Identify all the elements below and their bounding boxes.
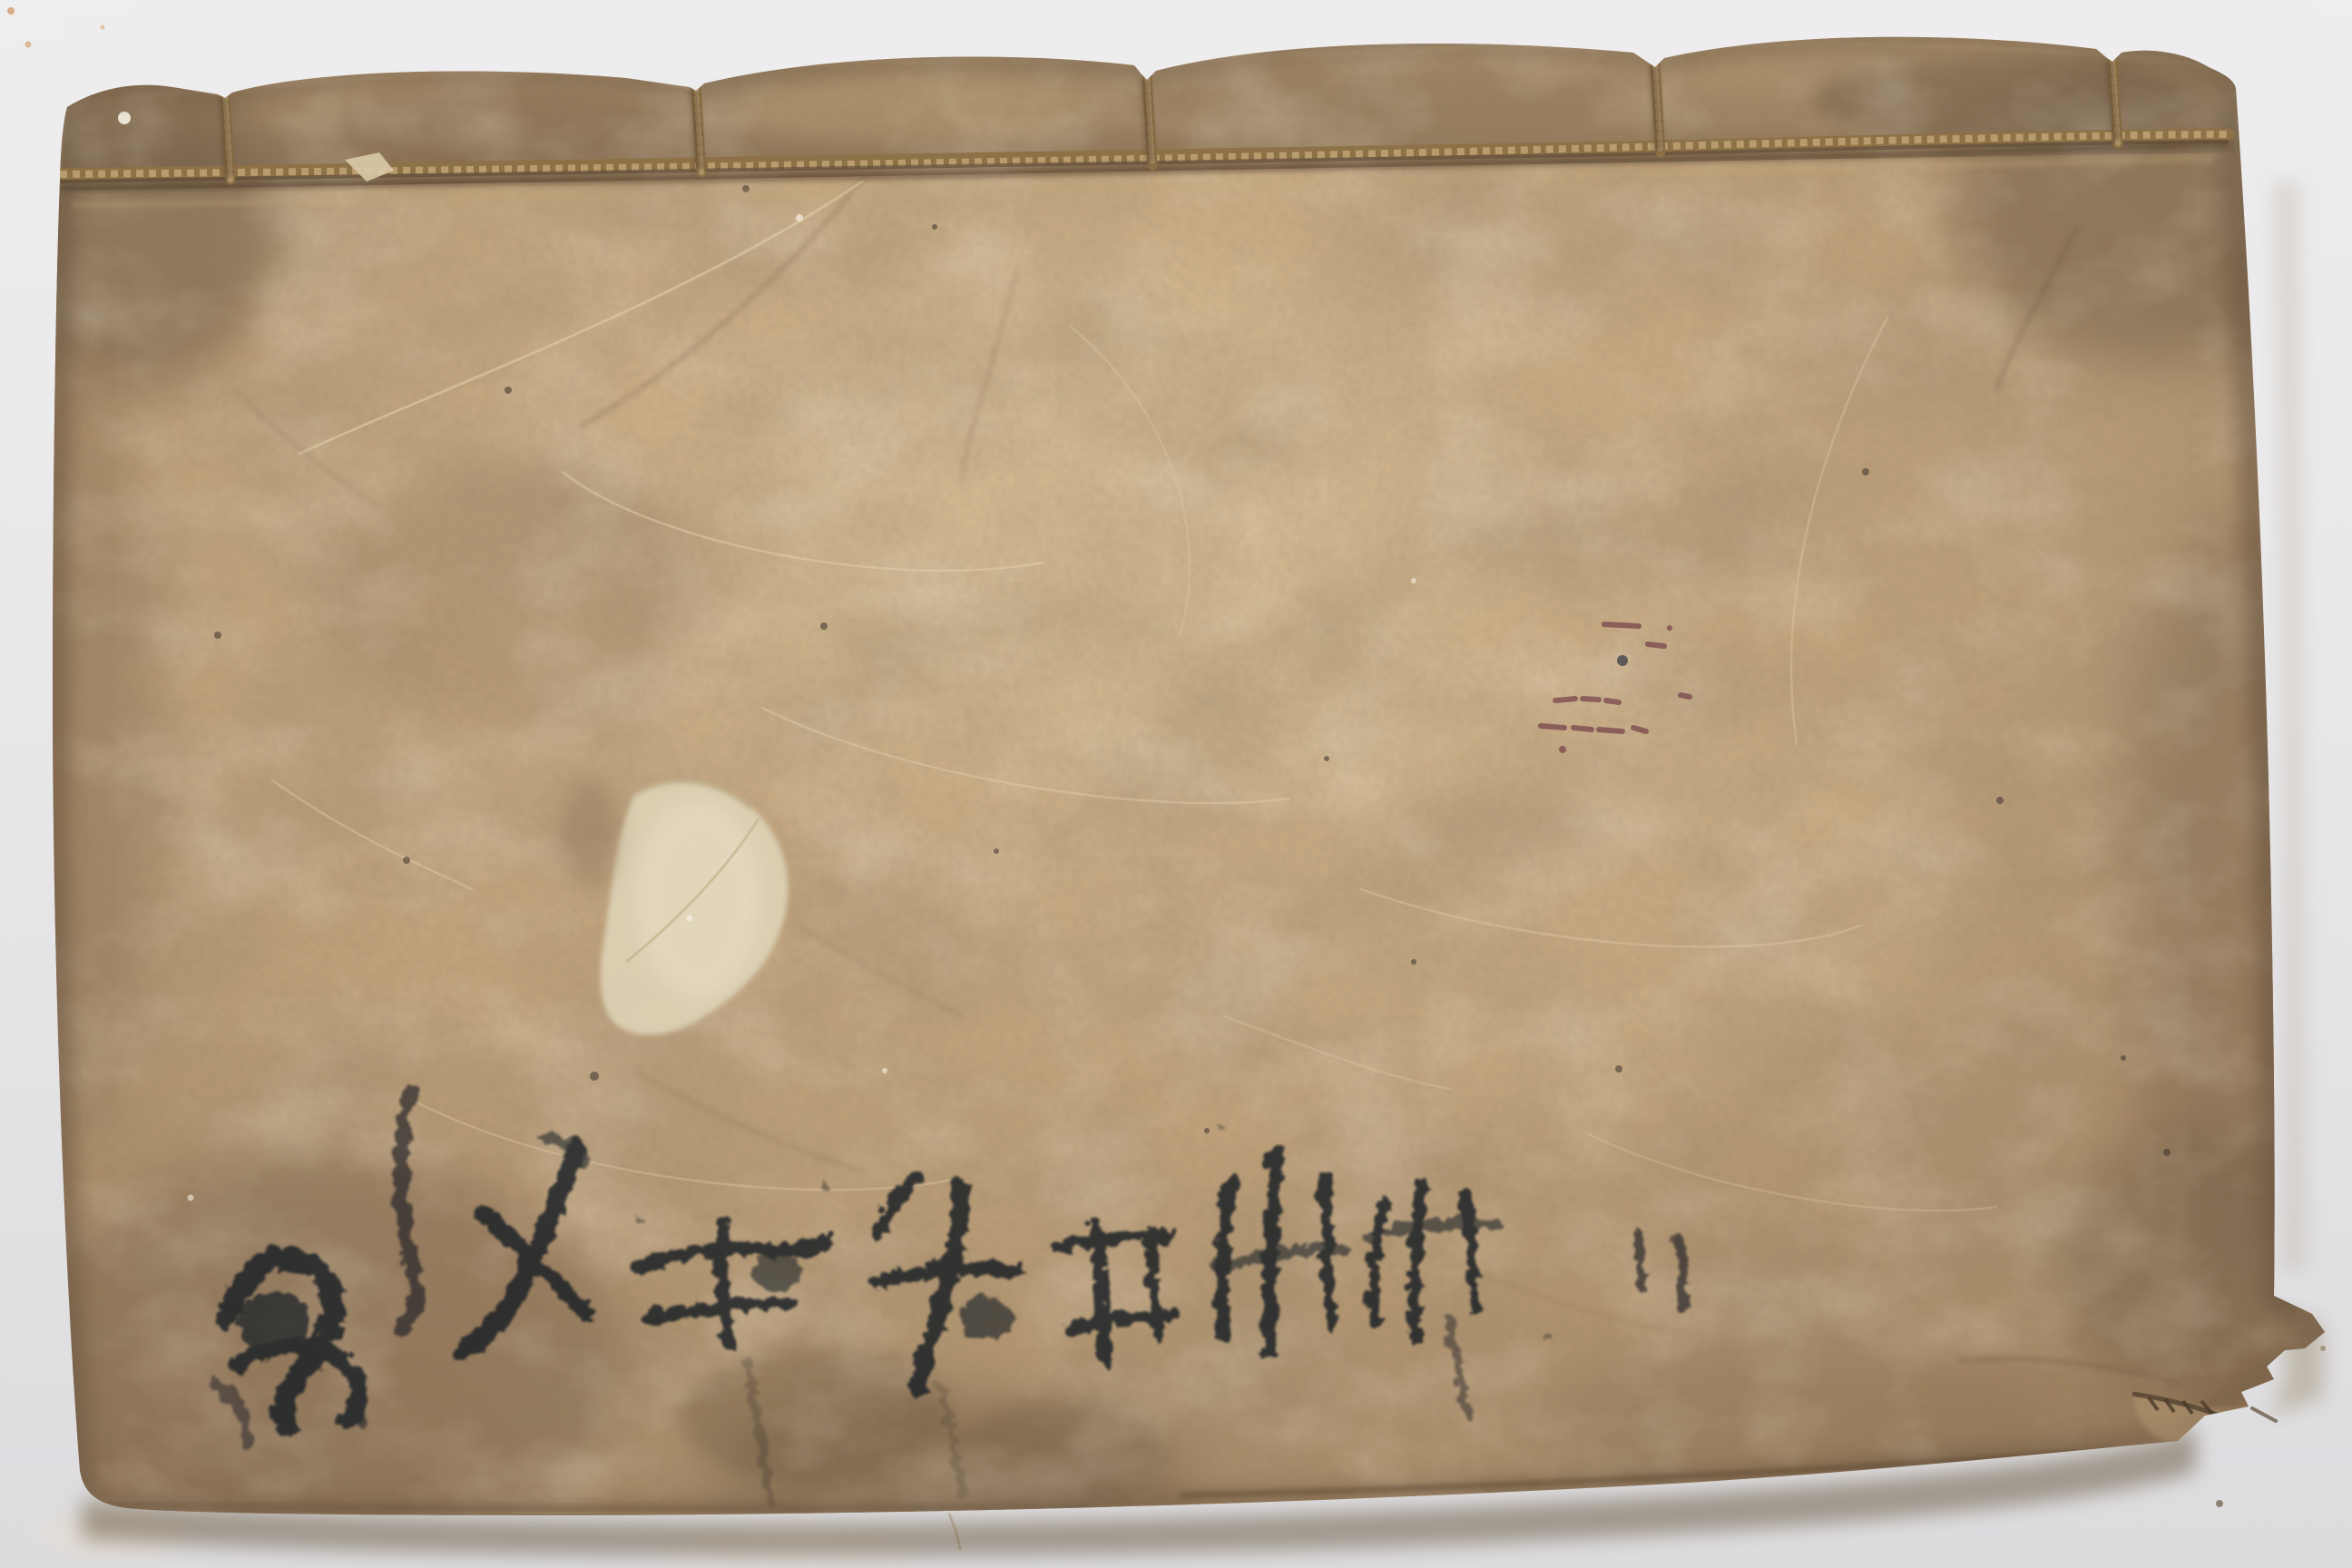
dark-ink-dot <box>1617 655 1628 666</box>
book-cover <box>0 18 2352 1568</box>
bottom-edge-shading <box>91 1504 1089 1509</box>
cover-texture <box>36 18 2332 1552</box>
photograph <box>0 0 2352 1568</box>
photo-canvas <box>0 0 2352 1568</box>
